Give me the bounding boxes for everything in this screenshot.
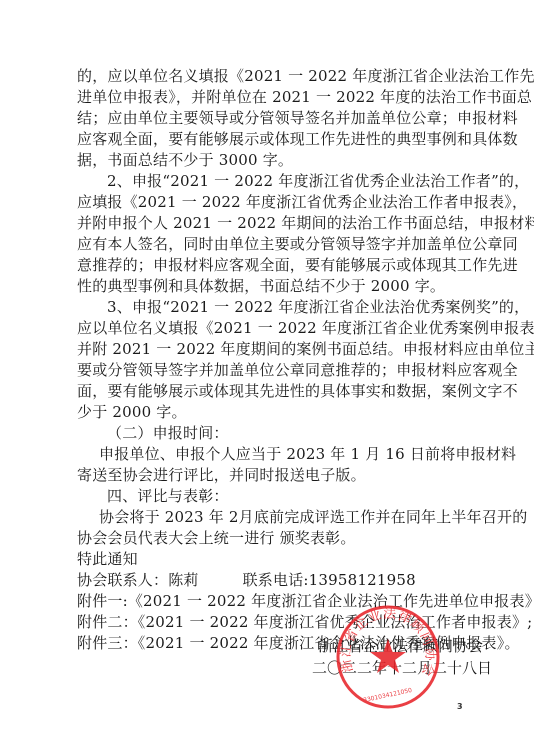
attachment-item: 附件一:《2021 一 2022 年度浙江省企业法治工作先进单位申报表》; xyxy=(77,591,467,612)
paragraph-advanced-unit: 的，应以单位名义填报《2021 一 2022 年度浙江省企业法治工作先 进单位申… xyxy=(77,66,467,171)
text-line: 面，要有能够展示或体现其先进性的具体事实和数据，案例文字不 xyxy=(77,381,467,402)
section-deadline: （二）申报时间： 申报单位、申报个人应当于 2023 年 1 月 16 日前将申… xyxy=(77,423,467,486)
contact-person-label: 协会联系人： xyxy=(77,571,168,589)
paragraph-case-award: 3、申报“2021 一 2022 年度浙江省企业法治优秀案例奖”的， 应以单位名… xyxy=(77,297,467,423)
page-number: 3 xyxy=(457,702,463,711)
text-line: 意推荐的；申报材料应客观全面，要有能够展示或体现其工作先进 xyxy=(77,255,467,276)
text-line: 少于 2000 字。 xyxy=(77,402,467,423)
text-line: 协会将于 2023 年 2月底前完成评选工作并在同年上半年召开的 xyxy=(77,507,467,528)
text-line: 2、申报“2021 一 2022 年度浙江省优秀企业法治工作者”的， xyxy=(77,171,467,192)
text-line: 3、申报“2021 一 2022 年度浙江省企业法治优秀案例奖”的， xyxy=(77,297,467,318)
attachment-item: 附件二：《2021 一 2022 年度浙江省优秀企业法治工作者申报表》; xyxy=(77,612,467,633)
contact-phone-label: 联系电话: xyxy=(243,571,309,589)
contact-phone: 13958121958 xyxy=(309,571,416,589)
text-line: 结；应由单位主要领导或分管领导签名并加盖单位公章；申报材料 xyxy=(77,108,467,129)
text-line: 应有本人签名，同时由单位主要或分管领导签字并加盖单位公章同 xyxy=(77,234,467,255)
svg-text:3301034121050: 3301034121050 xyxy=(363,687,413,704)
signature-organization: 浙江省企业法律顾问协会 xyxy=(318,636,534,657)
text-line: 应以单位名义填报《2021 一 2022 年度浙江省企业优秀案例申报表》， xyxy=(77,318,467,339)
text-line: 寄送至协会进行评比，并同时报送电子版。 xyxy=(77,465,467,486)
text-line: 据，书面总结不少于 3000 字。 xyxy=(77,150,467,171)
paragraph-outstanding-worker: 2、申报“2021 一 2022 年度浙江省优秀企业法治工作者”的， 应填报《2… xyxy=(77,171,467,297)
text-line: 并附 2021 一 2022 年度期间的案例书面总结。申报材料应由单位主 xyxy=(77,339,467,360)
text-line: 要或分管领导签字并加盖单位公章同意推荐的；申报材料应客观全 xyxy=(77,360,467,381)
section-heading: 四、评比与表彰： xyxy=(77,486,467,507)
text-line: 并附申报个人 2021 一 2022 年期间的法治工作书面总结，申报材料 xyxy=(77,213,467,234)
signature-date: 二〇二二年十二月二十八日 xyxy=(312,658,534,679)
contact-person: 陈莉 xyxy=(168,571,198,589)
text-line: 的，应以单位名义填报《2021 一 2022 年度浙江省企业法治工作先 xyxy=(77,66,467,87)
section-heading: （二）申报时间： xyxy=(77,423,467,444)
text-line: 性的典型事例和具体数据，书面总结不少于 2000 字。 xyxy=(77,276,467,297)
text-line: 应客观全面，要有能够展示或体现工作先进性的典型事例和具体数 xyxy=(77,129,467,150)
notice-text: 特此通知 xyxy=(77,549,467,570)
text-line: 申报单位、申报个人应当于 2023 年 1 月 16 日前将申报材料 xyxy=(77,444,467,465)
section-awards: 四、评比与表彰： 协会将于 2023 年 2月底前完成评选工作并在同年上半年召开… xyxy=(77,486,467,549)
document-page: 的，应以单位名义填报《2021 一 2022 年度浙江省企业法治工作先 进单位申… xyxy=(0,0,534,756)
text-line: 进单位申报表》，并附单位在 2021 一 2022 年度的法治工作书面总 xyxy=(77,87,467,108)
text-line: 协会会员代表大会上统一进行 颁奖表彰。 xyxy=(77,528,467,549)
document-body: 的，应以单位名义填报《2021 一 2022 年度浙江省企业法治工作先 进单位申… xyxy=(77,66,467,654)
contact-line: 协会联系人：陈莉联系电话:13958121958 xyxy=(77,570,467,591)
text-line: 应填报《2021 一 2022 年度浙江省优秀企业法治工作者申报表》， xyxy=(77,192,467,213)
